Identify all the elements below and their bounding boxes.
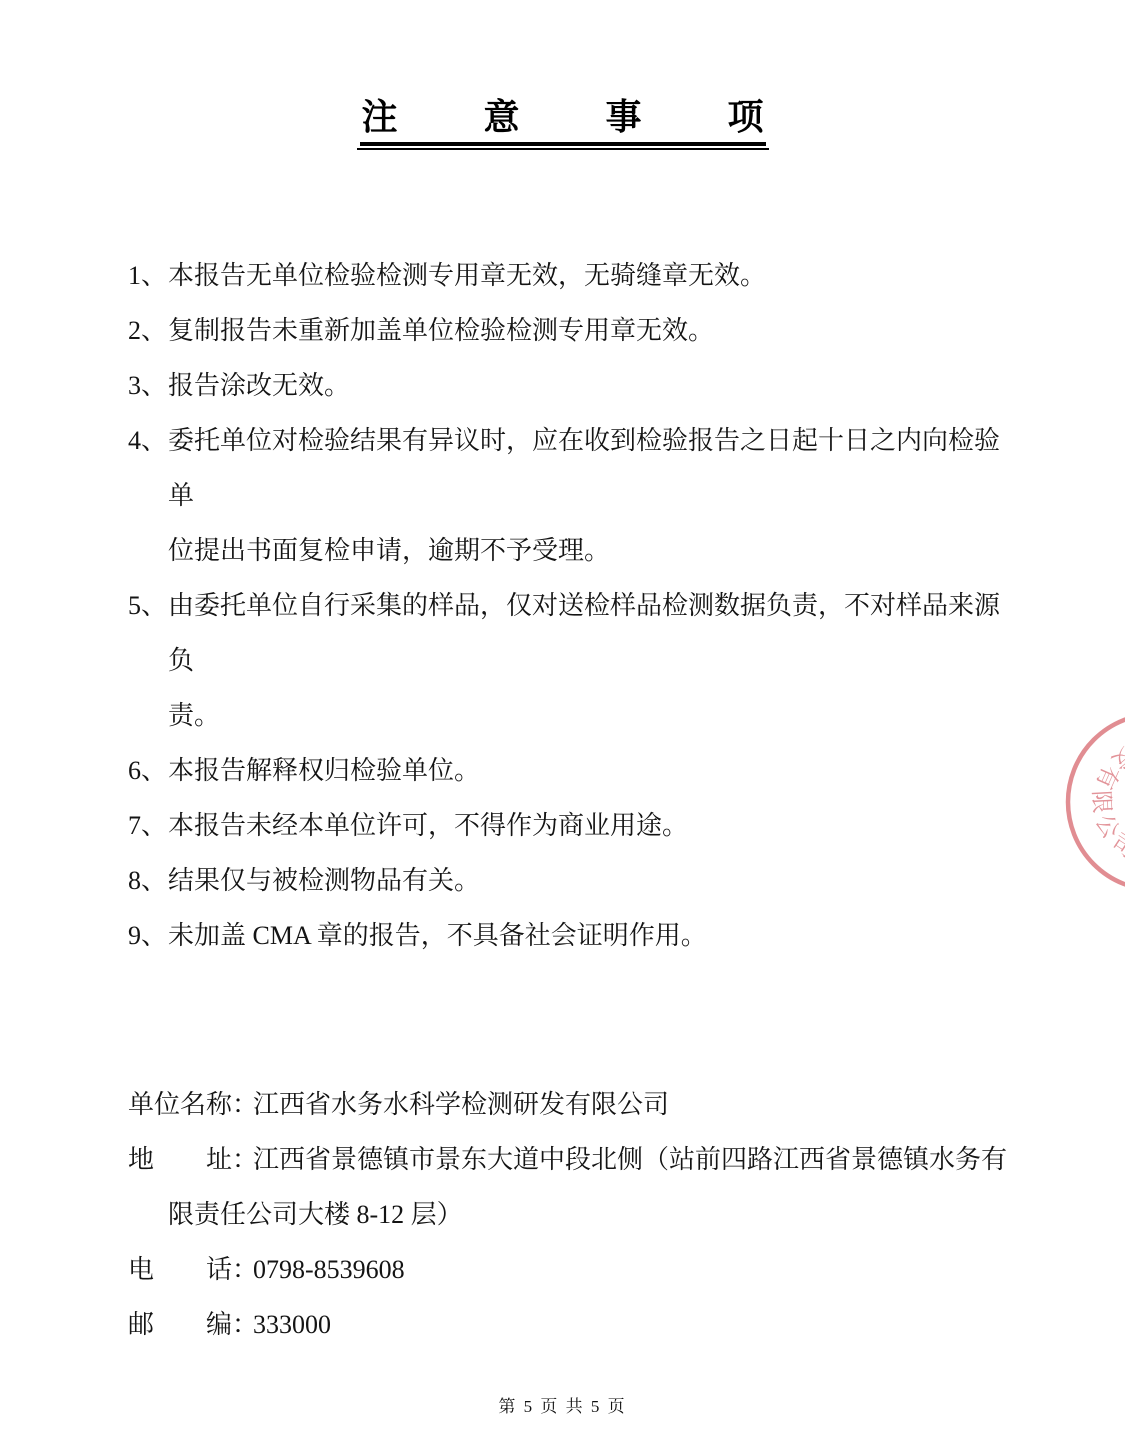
note-number: 5、: [128, 578, 167, 633]
note-number: 1、: [128, 248, 167, 303]
note-item-3: 3、 报告涂改无效。: [128, 358, 1025, 413]
address-row: 地 址： 江西省景德镇市景东大道中段北侧（站前四路江西省景德镇水务有 限责任公司…: [128, 1132, 1035, 1242]
note-text: 结果仅与被检测物品有关。: [168, 853, 1025, 908]
page-footer: 第 5 页 共 5 页: [0, 1392, 1125, 1417]
note-text: 复制报告未重新加盖单位检验检测专用章无效。: [168, 303, 1025, 358]
note-text: 由委托单位自行采集的样品，仅对送检样品检测数据负责，不对样品来源负: [168, 578, 1025, 688]
note-item-5: 5、 由委托单位自行采集的样品，仅对送检样品检测数据负责，不对样品来源负 责。: [128, 578, 1025, 743]
page-title-underline: 注意事项: [360, 96, 766, 146]
postal-code-label: 邮 编：: [128, 1297, 258, 1352]
note-item-4: 4、 委托单位对检验结果有异议时，应在收到检验报告之日起十日之内向检验单 位提出…: [128, 413, 1025, 578]
seal-ring: [1068, 714, 1125, 890]
note-item-6: 6、 本报告解释权归检验单位。: [128, 743, 1025, 798]
note-number: 9、: [128, 908, 167, 963]
note-item-7: 7、 本报告未经本单位许可，不得作为商业用途。: [128, 798, 1025, 853]
page-title: 注意事项: [362, 96, 764, 137]
company-name-value: 江西省水务水科学检测研发有限公司: [168, 1077, 1035, 1132]
note-number: 4、: [128, 413, 167, 468]
note-text: 报告涂改无效。: [168, 358, 1025, 413]
company-name-row: 单位名称： 江西省水务水科学检测研发有限公司: [128, 1077, 1035, 1132]
note-item-8: 8、 结果仅与被检测物品有关。: [128, 853, 1025, 908]
phone-label: 电 话：: [128, 1242, 258, 1297]
note-item-9: 9、 未加盖 CMA 章的报告，不具备社会证明作用。: [128, 908, 1025, 963]
note-number: 6、: [128, 743, 167, 798]
note-number: 8、: [128, 853, 167, 908]
address-value: 限责任公司大楼 8-12 层）: [168, 1187, 1035, 1242]
note-text: 位提出书面复检申请，逾期不予受理。: [168, 523, 1025, 578]
notes-list: 1、 本报告无单位检验检测专用章无效，无骑缝章无效。 2、 复制报告未重新加盖单…: [128, 248, 1025, 963]
note-text: 本报告无单位检验检测专用章无效，无骑缝章无效。: [168, 248, 1025, 303]
postal-code-row: 邮 编： 333000: [128, 1297, 1035, 1352]
address-label: 地 址：: [128, 1132, 258, 1187]
postal-code-value: 333000: [168, 1297, 1035, 1352]
note-text: 本报告未经本单位许可，不得作为商业用途。: [168, 798, 1025, 853]
note-text: 本报告解释权归检验单位。: [168, 743, 1025, 798]
note-number: 3、: [128, 358, 167, 413]
phone-value: 0798-8539608: [168, 1242, 1035, 1297]
document-page: 注意事项 1、 本报告无单位检验检测专用章无效，无骑缝章无效。 2、 复制报告未…: [0, 0, 1125, 1433]
seal-text: 发有限公司: [1088, 741, 1125, 866]
note-number: 7、: [128, 798, 167, 853]
note-text: 未加盖 CMA 章的报告，不具备社会证明作用。: [168, 908, 1025, 963]
note-text: 委托单位对检验结果有异议时，应在收到检验报告之日起十日之内向检验单: [168, 413, 1025, 523]
company-name-label: 单位名称：: [128, 1077, 258, 1132]
note-item-1: 1、 本报告无单位检验检测专用章无效，无骑缝章无效。: [128, 248, 1025, 303]
note-number: 2、: [128, 303, 167, 358]
company-info-block: 单位名称： 江西省水务水科学检测研发有限公司 地 址： 江西省景德镇市景东大道中…: [128, 1077, 1035, 1352]
address-value: 江西省景德镇市景东大道中段北侧（站前四路江西省景德镇水务有: [168, 1132, 1035, 1187]
note-text: 责。: [168, 688, 1025, 743]
phone-row: 电 话： 0798-8539608: [128, 1242, 1035, 1297]
note-item-2: 2、 复制报告未重新加盖单位检验检测专用章无效。: [128, 303, 1025, 358]
